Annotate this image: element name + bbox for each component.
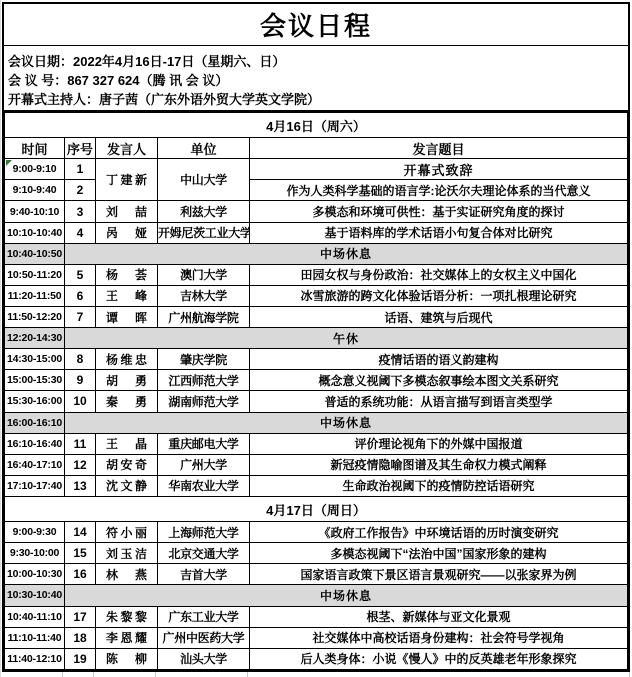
cell-no[interactable]: 2 <box>65 180 96 201</box>
cell-speaker[interactable]: 杨维忠 <box>96 349 158 370</box>
opening-host-line: 开幕式主持人：唐子茜（广东外语外贸大学英文学院） <box>8 90 628 109</box>
cell-speaker[interactable]: 呙娅 <box>96 222 158 243</box>
cell-time[interactable]: 11:20-11:50 <box>5 285 65 306</box>
day-header-cell[interactable]: 4月16日（周六） <box>5 113 628 138</box>
cell-topic[interactable]: 《政府工作报告》中环境话语的历时演变研究 <box>250 522 628 543</box>
cell-no[interactable]: 9 <box>65 370 96 391</box>
cell-time[interactable]: 14:30-15:00 <box>5 349 65 370</box>
cell-time[interactable]: 9:00-9:10 <box>5 159 65 180</box>
cell-time[interactable]: 10:00-10:30 <box>5 564 65 585</box>
cell-time[interactable]: 10:30-10:40 <box>5 585 65 606</box>
cell-time[interactable]: 9:40-10:10 <box>5 201 65 222</box>
cell-time[interactable]: 9:00-9:30 <box>5 522 65 543</box>
cell-time[interactable]: 10:10-10:40 <box>5 222 65 243</box>
cell-unit[interactable]: 中山大学 <box>158 159 250 201</box>
cell-unit[interactable]: 北京交通大学 <box>158 543 250 564</box>
meeting-id-line: 会 议 号：867 327 624（腾 讯 会 议） <box>8 71 628 90</box>
cell-time[interactable]: 11:10-11:40 <box>5 627 65 648</box>
cell-no[interactable]: 14 <box>65 522 96 543</box>
schedule-title[interactable]: 会议日程 <box>4 4 628 46</box>
cell-topic[interactable]: 普适的系统功能：从语言描写到语言类型学 <box>250 391 628 412</box>
cell-speaker[interactable]: 朱黎黎 <box>96 606 158 627</box>
cell-topic[interactable]: 话语、建筑与后现代 <box>250 307 628 328</box>
gridline-artifact-left <box>0 0 1 677</box>
cell-speaker[interactable]: 杨荟 <box>96 264 158 285</box>
cell-speaker[interactable]: 胡安奇 <box>96 454 158 475</box>
cell-time[interactable]: 15:00-15:30 <box>5 370 65 391</box>
cell-unit[interactable]: 广州航海学院 <box>158 307 250 328</box>
cell-no[interactable]: 12 <box>65 454 96 475</box>
cell-speaker[interactable]: 丁建新 <box>96 159 158 201</box>
schedule-table: 4月16日（周六）时间序号发言人单位发言题目9:00-9:101丁建新中山大学开… <box>4 112 628 670</box>
cell-speaker[interactable]: 王晶 <box>96 433 158 454</box>
cell-no[interactable]: 11 <box>65 433 96 454</box>
meeting-date-line: 会议日期：2022年4月16日-17日（星期六、日） <box>8 52 628 71</box>
cell-no[interactable]: 3 <box>65 201 96 222</box>
cell-speaker[interactable]: 胡勇 <box>96 370 158 391</box>
cell-speaker[interactable]: 李恩耀 <box>96 627 158 648</box>
cell-speaker[interactable]: 王峰 <box>96 285 158 306</box>
cell-speaker[interactable]: 秦勇 <box>96 391 158 412</box>
cell-unit[interactable]: 开姆尼茨工业大学 <box>158 222 250 243</box>
cell-no[interactable]: 7 <box>65 307 96 328</box>
col-header-no[interactable]: 序号 <box>65 138 96 159</box>
cell-no[interactable]: 17 <box>65 606 96 627</box>
col-header-topic[interactable]: 发言题目 <box>250 138 628 159</box>
cell-time[interactable]: 16:40-17:10 <box>5 454 65 475</box>
cell-time[interactable]: 9:30-10:00 <box>5 543 65 564</box>
cell-time[interactable]: 11:50-12:20 <box>5 307 65 328</box>
cell-unit[interactable]: 湖南师范大学 <box>158 391 250 412</box>
cell-topic[interactable]: 根茎、新媒体与亚文化景观 <box>250 606 628 627</box>
cell-no[interactable]: 15 <box>65 543 96 564</box>
cell-unit[interactable]: 华南农业大学 <box>158 475 250 496</box>
cell-unit[interactable]: 广州大学 <box>158 454 250 475</box>
cell-no[interactable]: 10 <box>65 391 96 412</box>
cell-no[interactable]: 1 <box>65 159 96 180</box>
cell-no[interactable]: 6 <box>65 285 96 306</box>
col-header-unit[interactable]: 单位 <box>158 138 250 159</box>
cell-unit[interactable]: 广州中医药大学 <box>158 627 250 648</box>
cell-topic[interactable]: 田园女权与身份政治：社交媒体上的女权主义中国化 <box>250 264 628 285</box>
break-label-cell[interactable]: 中场休息 <box>65 585 628 606</box>
cell-time[interactable]: 16:00-16:10 <box>5 412 65 433</box>
cell-topic[interactable]: 疫情话语的语义韵建构 <box>250 349 628 370</box>
cell-topic[interactable]: 基于语料库的学术话语小句复合体对比研究 <box>250 222 628 243</box>
cell-topic[interactable]: 多模态视阈下“法治中国”国家形象的建构 <box>250 543 628 564</box>
cell-time[interactable]: 10:50-11:20 <box>5 264 65 285</box>
cell-topic[interactable]: 评价理论视角下的外媒中国报道 <box>250 433 628 454</box>
spreadsheet-canvas: 会议日程 会议日期：2022年4月16日-17日（星期六、日） 会 议 号：86… <box>0 0 632 677</box>
cell-time[interactable]: 10:40-11:10 <box>5 606 65 627</box>
cell-time[interactable]: 11:40-12:10 <box>5 648 65 669</box>
day-header-cell[interactable]: 4月17日（周日） <box>5 496 628 521</box>
cell-time[interactable]: 12:20-14:30 <box>5 328 65 349</box>
cell-topic[interactable]: 社交媒体中高校话语身份建构：社会符号学视角 <box>250 627 628 648</box>
cell-speaker[interactable]: 刘喆 <box>96 201 158 222</box>
col-header-time[interactable]: 时间 <box>5 138 65 159</box>
cell-topic[interactable]: 后人类身体：小说《慢人》中的反英雄老年形象探究 <box>250 648 628 669</box>
cell-no[interactable]: 18 <box>65 627 96 648</box>
cell-topic[interactable]: 概念意义视阈下多模态叙事绘本图文关系研究 <box>250 370 628 391</box>
cell-no[interactable]: 19 <box>65 648 96 669</box>
cell-speaker[interactable]: 符小丽 <box>96 522 158 543</box>
cell-unit[interactable]: 广东工业大学 <box>158 606 250 627</box>
cell-speaker[interactable]: 刘玉洁 <box>96 543 158 564</box>
cell-unit[interactable]: 肇庆学院 <box>158 349 250 370</box>
cell-no[interactable]: 16 <box>65 564 96 585</box>
break-label-cell[interactable]: 午休 <box>65 328 628 349</box>
cell-unit[interactable]: 汕头大学 <box>158 648 250 669</box>
col-header-speaker[interactable]: 发言人 <box>96 138 158 159</box>
cell-unit[interactable]: 上海师范大学 <box>158 522 250 543</box>
cell-speaker[interactable]: 沈文静 <box>96 475 158 496</box>
meeting-info-cell[interactable]: 会议日期：2022年4月16日-17日（星期六、日） 会 议 号：867 327… <box>4 46 628 112</box>
cell-topic[interactable]: 多模态和环境可供性：基于实证研究角度的探讨 <box>250 201 628 222</box>
cell-topic[interactable]: 新冠疫情隐喻图谱及其生命权力模式阐释 <box>250 454 628 475</box>
cell-topic[interactable]: 冰雪旅游的跨文化体验话语分析：一项扎根理论研究 <box>250 285 628 306</box>
cell-speaker[interactable]: 林燕 <box>96 564 158 585</box>
cell-no[interactable]: 4 <box>65 222 96 243</box>
cell-unit[interactable]: 江西师范大学 <box>158 370 250 391</box>
cell-time[interactable]: 10:40-10:50 <box>5 243 65 264</box>
cell-no[interactable]: 13 <box>65 475 96 496</box>
cell-speaker[interactable]: 谭晖 <box>96 307 158 328</box>
cell-unit[interactable]: 重庆邮电大学 <box>158 433 250 454</box>
cell-speaker[interactable]: 陈柳 <box>96 648 158 669</box>
cell-time[interactable]: 15:30-16:00 <box>5 391 65 412</box>
cell-no[interactable]: 5 <box>65 264 96 285</box>
break-label-cell[interactable]: 中场休息 <box>65 243 628 264</box>
schedule-sheet: 会议日程 会议日期：2022年4月16日-17日（星期六、日） 会 议 号：86… <box>2 2 630 672</box>
cell-topic[interactable]: 作为人类科学基础的语言学:论沃尔夫理论体系的当代意义 <box>250 180 628 201</box>
cell-unit[interactable]: 吉首大学 <box>158 564 250 585</box>
cell-unit[interactable]: 澳门大学 <box>158 264 250 285</box>
cell-no[interactable]: 8 <box>65 349 96 370</box>
cell-topic[interactable]: 开幕式致辞 <box>250 159 628 180</box>
cell-unit[interactable]: 利兹大学 <box>158 201 250 222</box>
break-label-cell[interactable]: 中场休息 <box>65 412 628 433</box>
cell-topic[interactable]: 国家语言政策下景区语言景观研究——以张家界为例 <box>250 564 628 585</box>
cell-unit[interactable]: 吉林大学 <box>158 285 250 306</box>
cell-time[interactable]: 16:10-16:40 <box>5 433 65 454</box>
cell-time[interactable]: 17:10-17:40 <box>5 475 65 496</box>
cell-topic[interactable]: 生命政治视阈下的疫情防控话语研究 <box>250 475 628 496</box>
cell-time[interactable]: 9:10-9:40 <box>5 180 65 201</box>
